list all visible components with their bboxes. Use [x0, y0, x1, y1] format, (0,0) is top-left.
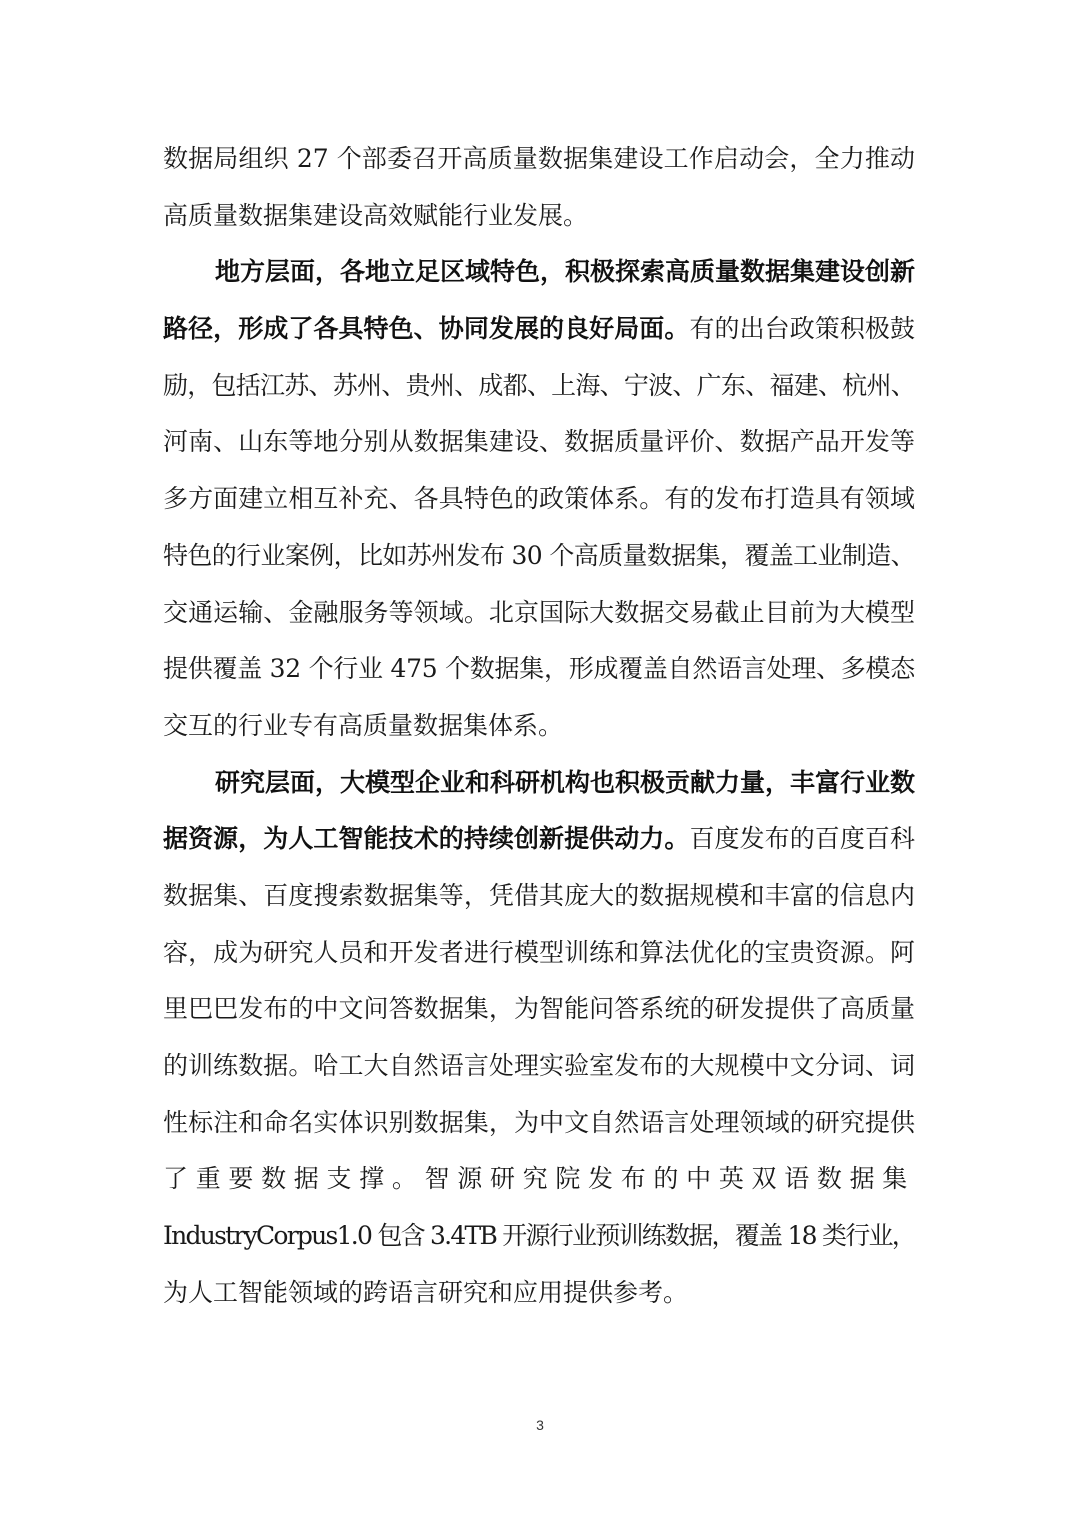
text-line: 特色的行业案例，比如苏州发布 30 个高质量数据集，覆盖工业制造、: [163, 528, 915, 585]
text-line: 的训练数据。哈工大自然语言处理实验室发布的大规模中文分词、词: [163, 1038, 915, 1095]
text-segment: 数据局组织 27 个部委召开高质量数据集建设工作启动会，全力推动: [163, 144, 915, 173]
text-segment: 性标注和命名实体识别数据集，为中文自然语言处理领域的研究提供: [163, 1108, 915, 1137]
text-segment: 的训练数据。哈工大自然语言处理实验室发布的大规模中文分词、词: [163, 1051, 915, 1080]
text-segment: 里巴巴发布的中文问答数据集，为智能问答系统的研发提供了高质量: [163, 994, 915, 1023]
text-line: 容，成为研究人员和开发者进行模型训练和算法优化的宝贵资源。阿: [163, 925, 915, 982]
text-segment: 提供覆盖 32 个行业 475 个数据集，形成覆盖自然语言处理、多模态: [163, 654, 915, 683]
paragraph-local-level: 地方层面，各地立足区域特色，积极探索高质量数据集建设创新 路径，形成了各具特色、…: [163, 244, 915, 754]
text-line: 提供覆盖 32 个行业 475 个数据集，形成覆盖自然语言处理、多模态: [163, 641, 915, 698]
text-line: 研究层面，大模型企业和科研机构也积极贡献力量，丰富行业数: [163, 755, 915, 812]
text-segment: 了重要数据支撑。智源研究院发布的中英双语数据集: [163, 1164, 915, 1193]
text-line: 高质量数据集建设高效赋能行业发展。: [163, 188, 915, 245]
text-line: 地方层面，各地立足区域特色，积极探索高质量数据集建设创新: [163, 244, 915, 301]
bold-lead-sentence: 研究层面，大模型企业和科研机构也积极贡献力量，丰富行业数: [215, 768, 915, 797]
text-segment: 数据集、百度搜索数据集等，凭借其庞大的数据规模和丰富的信息内: [163, 881, 915, 910]
text-line: 为人工智能领域的跨语言研究和应用提供参考。: [163, 1265, 915, 1322]
text-line: 路径，形成了各具特色、协同发展的良好局面。有的出台政策积极鼓: [163, 301, 915, 358]
page-number: 3: [0, 1417, 1080, 1433]
text-line: 了重要数据支撑。智源研究院发布的中英双语数据集: [163, 1151, 915, 1208]
text-line: 里巴巴发布的中文问答数据集，为智能问答系统的研发提供了高质量: [163, 981, 915, 1038]
text-segment: IndustryCorpus1.0 包含 3.4TB 开源行业预训练数据，覆盖 …: [163, 1221, 915, 1250]
text-segment: 为人工智能领域的跨语言研究和应用提供参考。: [163, 1278, 688, 1307]
text-line: IndustryCorpus1.0 包含 3.4TB 开源行业预训练数据，覆盖 …: [163, 1208, 915, 1265]
text-segment: 容，成为研究人员和开发者进行模型训练和算法优化的宝贵资源。阿: [163, 938, 915, 967]
bold-lead-sentence: 路径，形成了各具特色、协同发展的良好局面。: [163, 314, 689, 343]
text-segment: 特色的行业案例，比如苏州发布 30 个高质量数据集，覆盖工业制造、: [163, 541, 915, 570]
text-line: 据资源，为人工智能技术的持续创新提供动力。百度发布的百度百科: [163, 811, 915, 868]
text-line: 数据局组织 27 个部委召开高质量数据集建设工作启动会，全力推动: [163, 131, 915, 188]
text-segment: 励，包括江苏、苏州、贵州、成都、上海、宁波、广东、福建、杭州、: [163, 371, 915, 400]
text-segment: 高质量数据集建设高效赋能行业发展。: [163, 201, 588, 230]
bold-lead-sentence: 地方层面，各地立足区域特色，积极探索高质量数据集建设创新: [215, 257, 915, 286]
text-line: 数据集、百度搜索数据集等，凭借其庞大的数据规模和丰富的信息内: [163, 868, 915, 925]
text-line: 多方面建立相互补充、各具特色的政策体系。有的发布打造具有领域: [163, 471, 915, 528]
document-page: 数据局组织 27 个部委召开高质量数据集建设工作启动会，全力推动 高质量数据集建…: [0, 0, 1080, 1526]
text-segment: 交通运输、金融服务等领域。北京国际大数据交易截止目前为大模型: [163, 598, 915, 627]
text-segment: 河南、山东等地分别从数据集建设、数据质量评价、数据产品开发等: [163, 427, 915, 456]
text-segment: 百度发布的百度百科: [689, 824, 915, 853]
paragraph-1: 数据局组织 27 个部委召开高质量数据集建设工作启动会，全力推动 高质量数据集建…: [163, 131, 915, 244]
text-line: 交互的行业专有高质量数据集体系。: [163, 698, 915, 755]
document-body: 数据局组织 27 个部委召开高质量数据集建设工作启动会，全力推动 高质量数据集建…: [163, 131, 915, 1321]
text-line: 河南、山东等地分别从数据集建设、数据质量评价、数据产品开发等: [163, 414, 915, 471]
text-segment: 多方面建立相互补充、各具特色的政策体系。有的发布打造具有领域: [163, 484, 915, 513]
text-segment: 交互的行业专有高质量数据集体系。: [163, 711, 563, 740]
text-line: 励，包括江苏、苏州、贵州、成都、上海、宁波、广东、福建、杭州、: [163, 358, 915, 415]
paragraph-research-level: 研究层面，大模型企业和科研机构也积极贡献力量，丰富行业数 据资源，为人工智能技术…: [163, 755, 915, 1322]
text-line: 交通运输、金融服务等领域。北京国际大数据交易截止目前为大模型: [163, 585, 915, 642]
text-segment: 有的出台政策积极鼓: [689, 314, 915, 343]
bold-lead-sentence: 据资源，为人工智能技术的持续创新提供动力。: [163, 824, 689, 853]
text-line: 性标注和命名实体识别数据集，为中文自然语言处理领域的研究提供: [163, 1095, 915, 1152]
